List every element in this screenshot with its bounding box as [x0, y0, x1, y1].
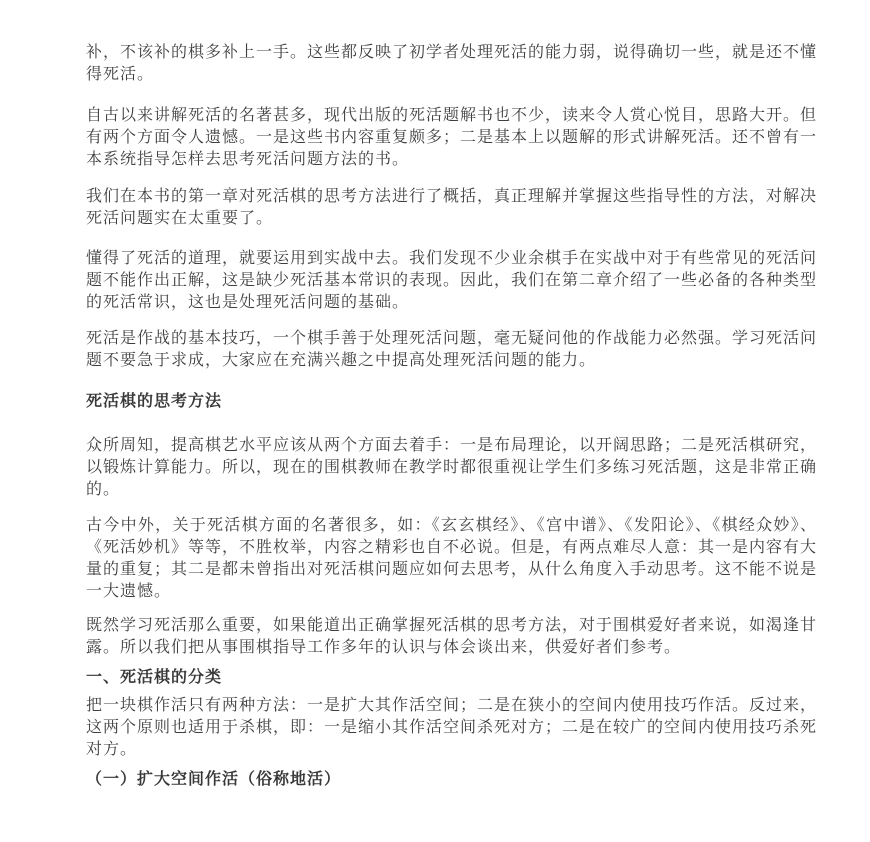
paragraph: 我们在本书的第一章对死活棋的思考方法进行了概括，真正理解并掌握这些指导性的方法，… — [86, 186, 817, 230]
paragraph-continuation: 补，不该补的棋多补上一手。这些都反映了初学者处理死活的能力弱，说得确切一些，就是… — [86, 42, 817, 86]
subsection-heading-expand-space: （一）扩大空间作活（俗称地活） — [86, 769, 817, 791]
section-heading-classification: 一、死活棋的分类 — [86, 667, 817, 689]
section-heading-thinking-methods: 死活棋的思考方法 — [86, 391, 817, 413]
paragraph: 既然学习死活那么重要，如果能道出正确掌握死活棋的思考方法，对于围棋爱好者来说，如… — [86, 615, 817, 659]
paragraph: 把一块棋作活只有两种方法：一是扩大其作活空间；二是在狭小的空间内使用技巧作活。反… — [86, 695, 817, 761]
paragraph: 众所周知，提高棋艺水平应该从两个方面去着手：一是布局理论，以开阔思路；二是死活棋… — [86, 435, 817, 501]
paragraph: 自古以来讲解死活的名著甚多，现代出版的死活题解书也不少，读来令人赏心悦目，思路大… — [86, 105, 817, 171]
paragraph: 古今中外，关于死活棋方面的名著很多，如：《玄玄棋经》、《宫中谱》、《发阳论》、《… — [86, 515, 817, 603]
paragraph: 懂得了死活的道理，就要运用到实战中去。我们发现不少业余棋手在实战中对于有些常见的… — [86, 248, 817, 314]
document-page: 补，不该补的棋多补上一手。这些都反映了初学者处理死活的能力弱，说得确切一些，就是… — [0, 0, 870, 842]
paragraph: 死活是作战的基本技巧，一个棋手善于处理死活问题，毫无疑问他的作战能力必然强。学习… — [86, 328, 817, 372]
